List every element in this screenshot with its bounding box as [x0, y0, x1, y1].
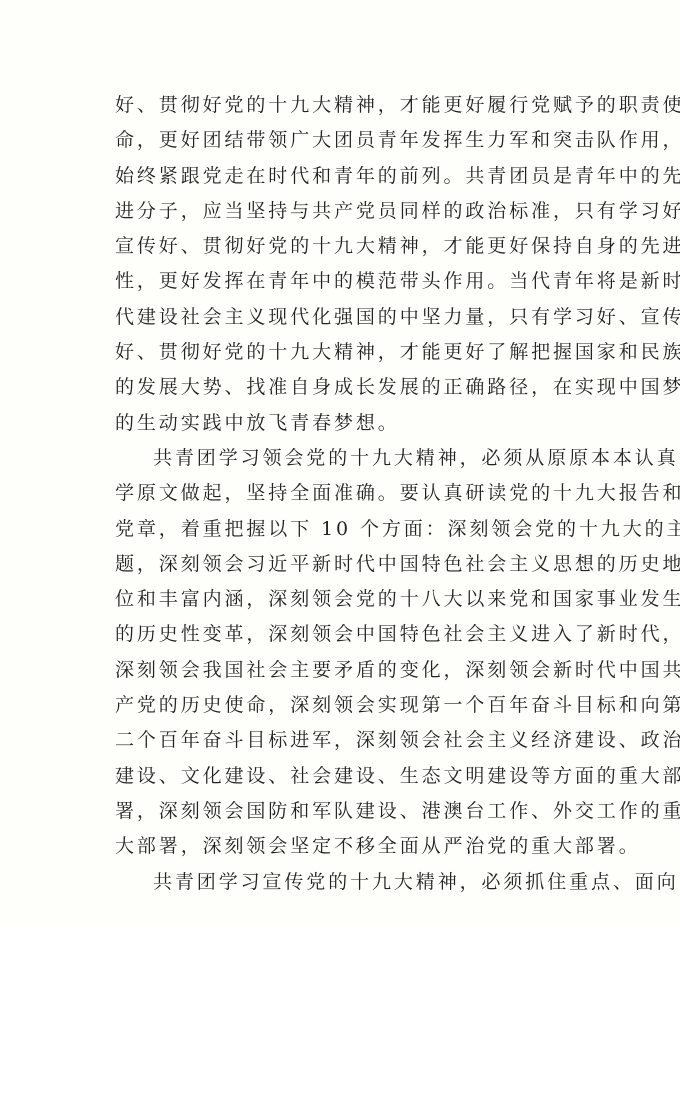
text-line: 命，更好团结带领广大团员青年发挥生力军和突击队作用，	[115, 123, 575, 158]
paragraph-first-line: 共青团学习宣传党的十九大精神，必须抓住重点、面向	[115, 865, 575, 900]
text-line: 位和丰富内涵，深刻领会党的十八大以来党和国家事业发生	[115, 582, 575, 617]
text-line: 深刻领会我国社会主要矛盾的变化，深刻领会新时代中国共	[115, 653, 575, 688]
scanned-page: 好、贯彻好党的十九大精神，才能更好履行党赋予的职责使 命，更好团结带领广大团员青…	[0, 0, 680, 925]
paragraph-first-line: 共青团学习领会党的十九大精神，必须从原原本本认真	[115, 441, 575, 476]
text-line: 建设、文化建设、社会建设、生态文明建设等方面的重大部	[115, 759, 575, 794]
text-line: 大部署，深刻领会坚定不移全面从严治党的重大部署。	[115, 829, 575, 864]
text-line: 进分子，应当坚持与共产党员同样的政治标准，只有学习好、	[115, 194, 575, 229]
text-line: 的生动实践中放飞青春梦想。	[115, 406, 575, 441]
text-line: 二个百年奋斗目标进军，深刻领会社会主义经济建设、政治	[115, 723, 575, 758]
text-line: 产党的历史使命，深刻领会实现第一个百年奋斗目标和向第	[115, 688, 575, 723]
text-line: 学原文做起，坚持全面准确。要认真研读党的十九大报告和	[115, 476, 575, 511]
text-line: 党章，着重把握以下 10 个方面：深刻领会党的十九大的主	[115, 512, 575, 547]
text-line: 好、贯彻好党的十九大精神，才能更好履行党赋予的职责使	[115, 88, 575, 123]
text-line: 代建设社会主义现代化强国的中坚力量，只有学习好、宣传	[115, 300, 575, 335]
text-line: 署，深刻领会国防和军队建设、港澳台工作、外交工作的重	[115, 794, 575, 829]
text-line: 好、贯彻好党的十九大精神，才能更好了解把握国家和民族	[115, 335, 575, 370]
text-line: 性，更好发挥在青年中的模范带头作用。当代青年将是新时	[115, 264, 575, 299]
text-line: 的历史性变革，深刻领会中国特色社会主义进入了新时代，	[115, 617, 575, 652]
text-line: 宣传好、贯彻好党的十九大精神，才能更好保持自身的先进	[115, 229, 575, 264]
text-line: 始终紧跟党走在时代和青年的前列。共青团员是青年中的先	[115, 159, 575, 194]
text-line: 题，深刻领会习近平新时代中国特色社会主义思想的历史地	[115, 547, 575, 582]
document-body: 好、贯彻好党的十九大精神，才能更好履行党赋予的职责使 命，更好团结带领广大团员青…	[115, 88, 575, 900]
text-line: 的发展大势、找准自身成长发展的正确路径，在实现中国梦	[115, 370, 575, 405]
